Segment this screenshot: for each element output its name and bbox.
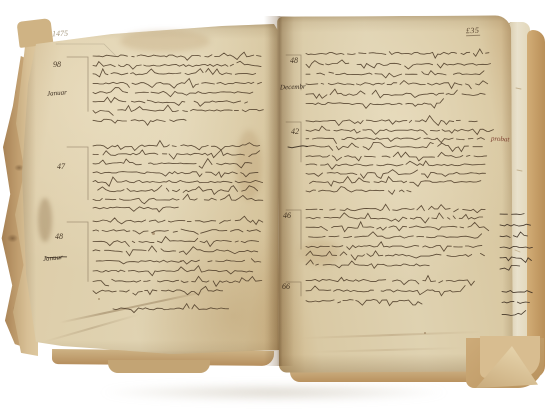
margin-number: 42	[291, 128, 299, 136]
margin-number: 98	[53, 61, 61, 69]
handwriting-line	[93, 216, 263, 295]
margin-number: 48	[290, 57, 298, 65]
handwriting-line	[306, 204, 489, 268]
margin-number: 48	[55, 233, 63, 241]
pencil-inscription: 1475	[52, 30, 68, 39]
handwriting-line	[67, 57, 88, 111]
margin-number: 46	[283, 212, 291, 220]
handwriting-line	[67, 147, 88, 200]
marginal-side-note: probat	[491, 136, 510, 144]
handwriting-line	[500, 214, 532, 271]
handwriting-line	[306, 49, 491, 108]
margin-number: 47	[57, 163, 65, 171]
handwriting-line	[113, 304, 229, 313]
handwriting-line	[56, 44, 116, 56]
handwriting-line	[502, 291, 532, 316]
handwriting-line	[93, 52, 263, 125]
margin-month: Decembr	[280, 84, 306, 92]
margin-number: 66	[282, 283, 290, 291]
folio-mark: £35	[466, 27, 480, 36]
handwriting-line	[306, 116, 493, 195]
handwriting-line	[515, 88, 522, 252]
handwriting-line	[93, 141, 263, 212]
handwriting-line	[67, 222, 88, 282]
handwriting-line	[306, 276, 474, 306]
margin-month: Januar	[47, 89, 67, 97]
manuscript-photo: 1475 £35 98 Januar 47 48 Januar 48 Decem…	[0, 0, 555, 416]
handwriting-line	[288, 146, 307, 148]
handwriting-scribbles	[0, 0, 555, 416]
